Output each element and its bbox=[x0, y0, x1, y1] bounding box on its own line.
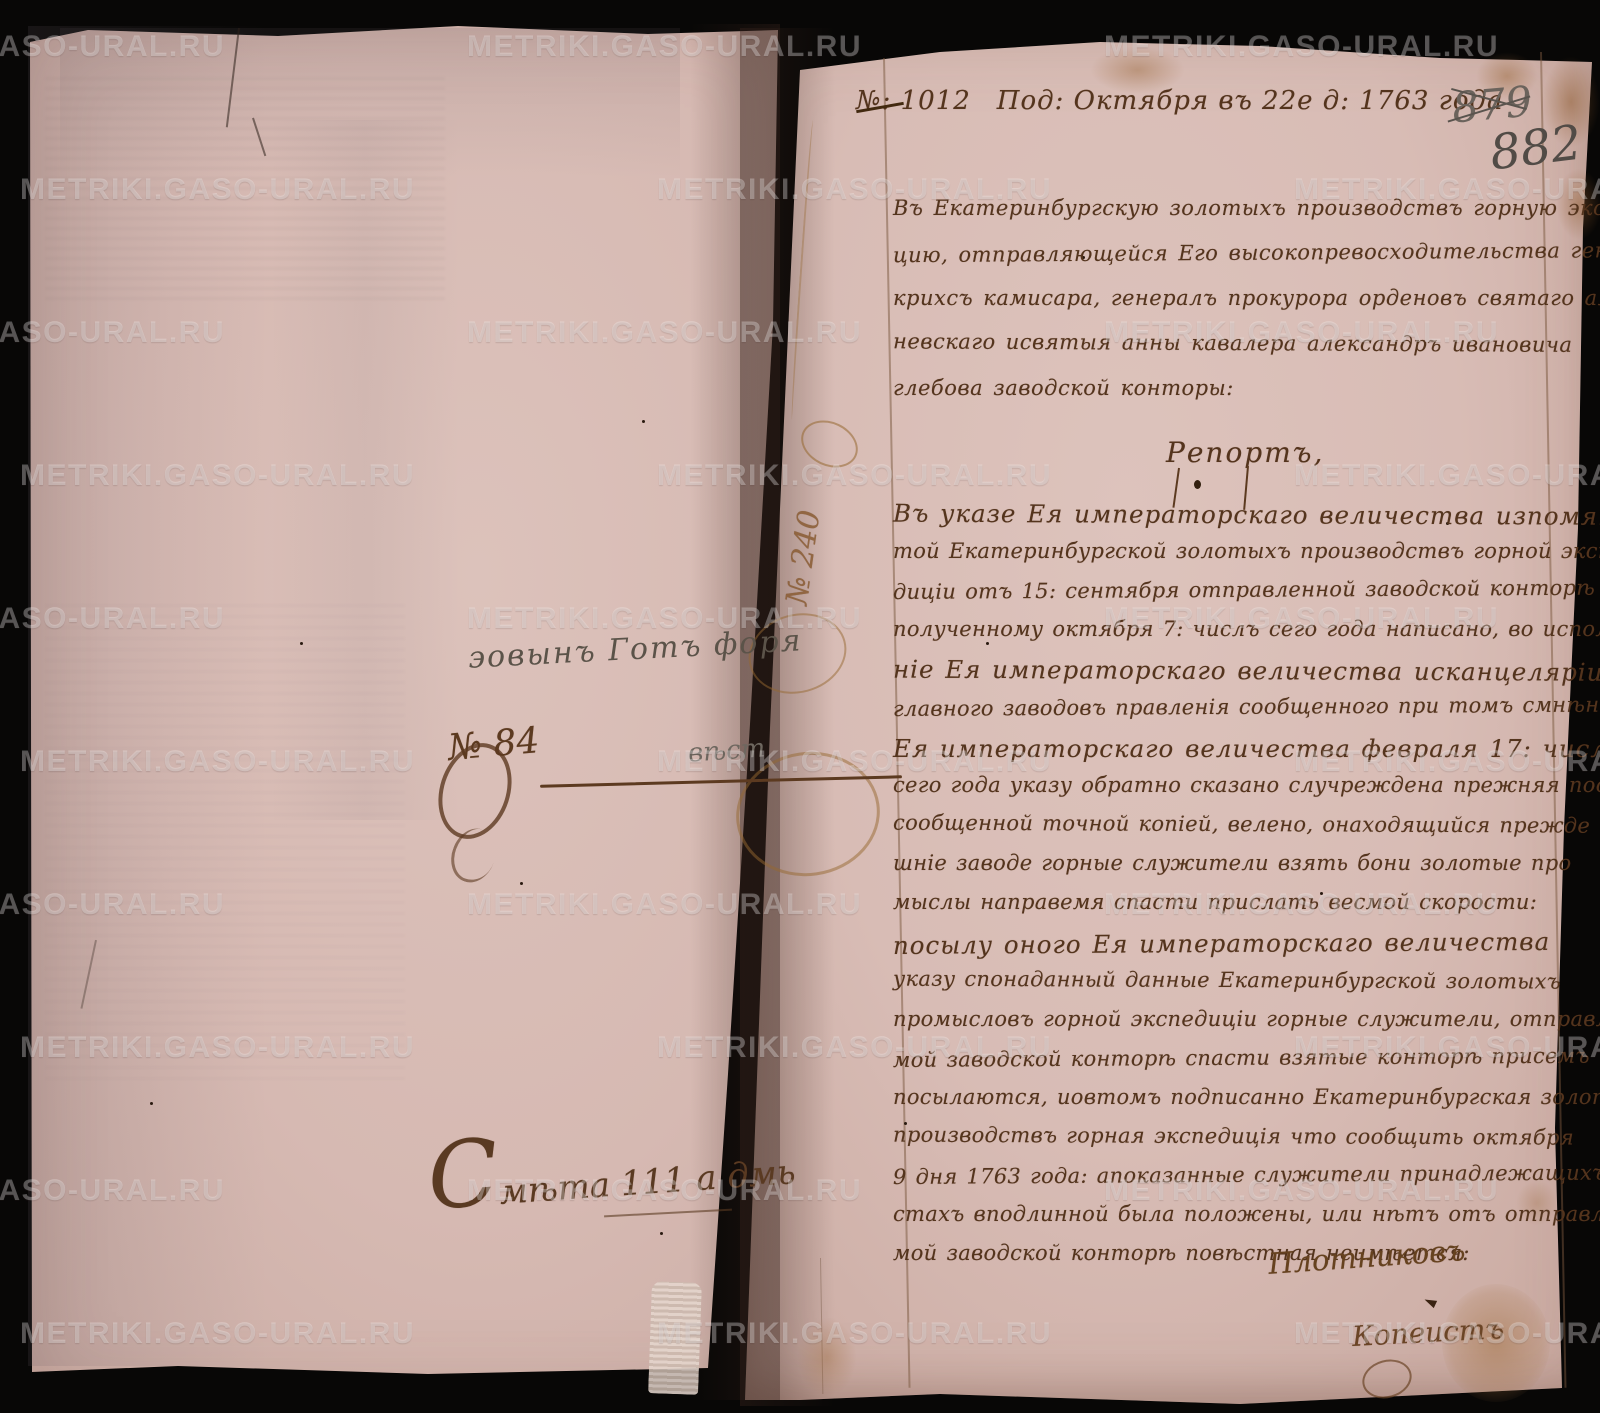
ink-dot bbox=[1194, 480, 1201, 489]
body-line: сего года указу обратно сказано случрежд… bbox=[893, 773, 1533, 812]
body-line: диціи отъ 15: сентября отправленной заво… bbox=[893, 576, 1533, 619]
address-line: Въ Екатеринбургскую золотыхъ производств… bbox=[893, 196, 1538, 241]
body-line: мой заводской конторѣ спасти взятые конт… bbox=[893, 1044, 1533, 1087]
pencil-note-line2: вѣст bbox=[687, 733, 766, 768]
header-line: №: 1012Под: Октября въ 22е д: 1763 года bbox=[856, 86, 1504, 116]
body-line: той Екатеринбургской золотыхъ производст… bbox=[893, 539, 1533, 578]
body-line: сообщенной точной копіей, велено, онаход… bbox=[893, 811, 1533, 853]
body-line: ніе Ея императорскаго величества исканце… bbox=[893, 655, 1533, 697]
body-line: мыслы направемя спасти прислать весмой с… bbox=[893, 890, 1533, 929]
address-line: невскаго исвятыя анны кавалера александр… bbox=[893, 329, 1538, 377]
body-line: указу спонаданный данные Екатеринбургско… bbox=[893, 967, 1533, 1009]
address-line: глебова заводской конторы: bbox=[893, 376, 1538, 421]
body-line: полученному октября 7: числъ сего года н… bbox=[893, 617, 1533, 656]
date-line: Под: Октября въ 22е д: 1763 года bbox=[997, 86, 1504, 116]
body-line: посылу оного Ея императорскаго величеств… bbox=[893, 927, 1533, 970]
report-title: Репортъ, bbox=[1166, 436, 1324, 469]
body-line: 9 дня 1763 года: апоказанные служители п… bbox=[893, 1161, 1533, 1204]
ink-mark: № 84 bbox=[446, 720, 541, 769]
body-line: главного заводовъ правленія сообщенного … bbox=[893, 693, 1533, 736]
report-body: Въ указе Ея императорскаго величества из… bbox=[893, 500, 1533, 1280]
left-page-bottom-note: Смѣта 111 а дмь bbox=[426, 1127, 797, 1217]
body-line: промысловъ горной экспедиціи горные служ… bbox=[893, 1007, 1533, 1046]
binding-gauze bbox=[648, 1281, 702, 1395]
manuscript-scan: №: 1012Под: Октября въ 22е д: 1763 года … bbox=[0, 0, 1600, 1413]
body-line: производствъ горная экспедиція что сообщ… bbox=[893, 1123, 1533, 1165]
body-line: шніе заводе горные служители взять бони … bbox=[893, 851, 1533, 890]
ink-speck bbox=[642, 420, 645, 423]
body-line: Въ указе Ея императорскаго величества из… bbox=[893, 499, 1533, 541]
document-number: №: 1012 bbox=[856, 86, 971, 116]
address-line: цию, отправляющейся Его высокопревосходи… bbox=[893, 239, 1538, 289]
address-block: Въ Екатеринбургскую золотыхъ производств… bbox=[893, 196, 1538, 421]
page-number: 882 bbox=[1487, 115, 1585, 182]
body-line: Ея императорскаго величества февраля 17:… bbox=[893, 734, 1533, 773]
address-line: крихсъ камисара, генералъ прокурора орде… bbox=[893, 286, 1538, 331]
body-line: посылаются, иовтомъ подписанно Екатеринб… bbox=[893, 1085, 1533, 1124]
